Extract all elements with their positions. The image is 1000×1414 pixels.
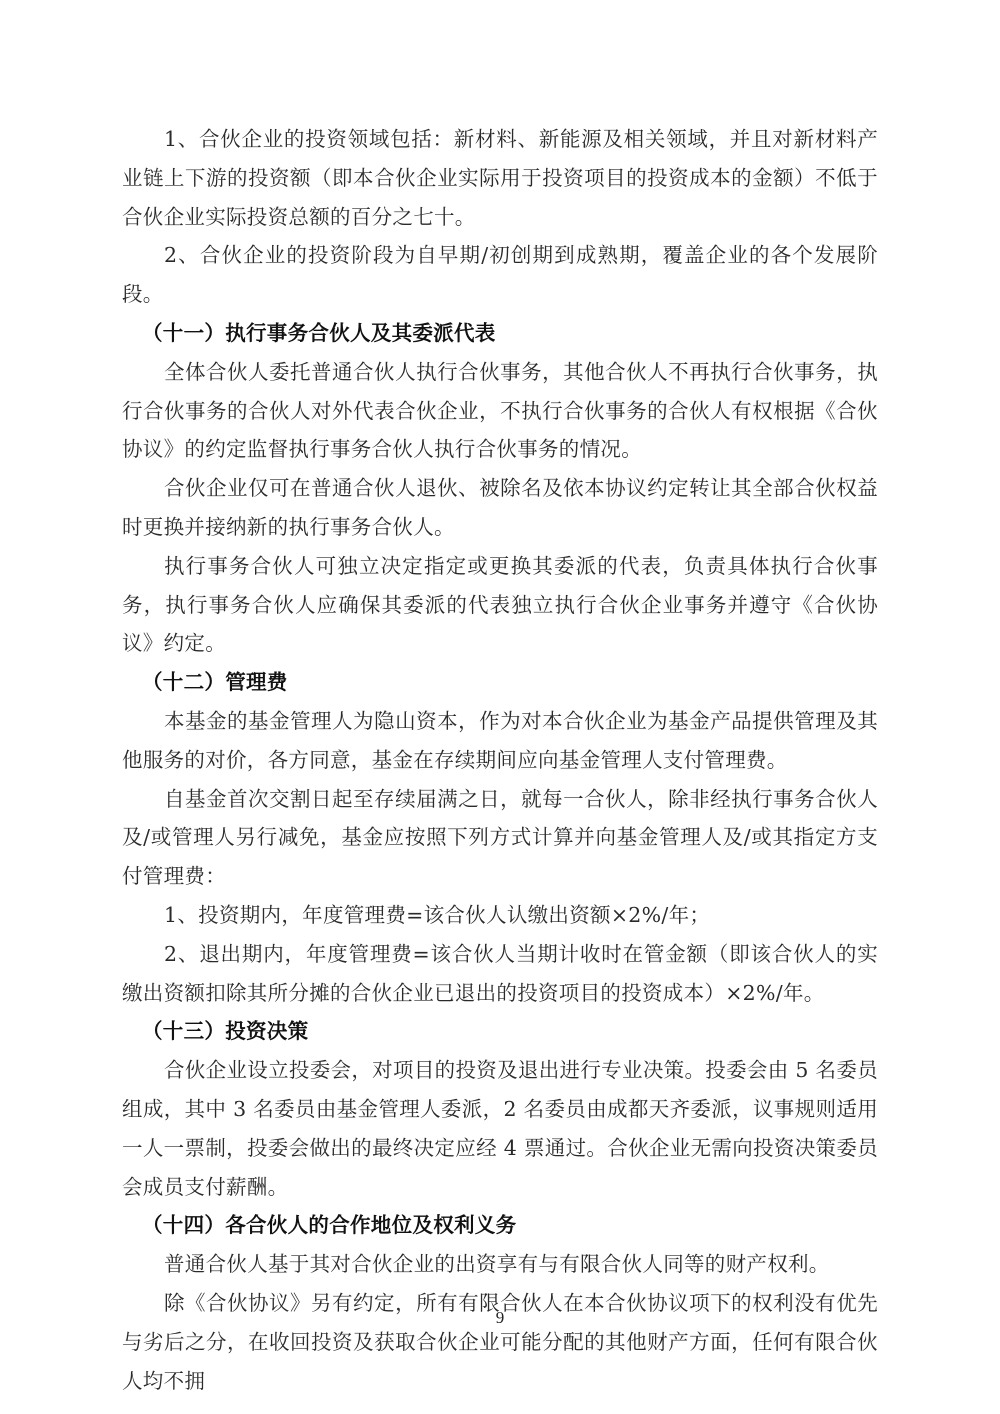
paragraph-replacement: 合伙企业仅可在普通合伙人退伙、被除名及依本协议约定转让其全部合伙权益时更换并接纳… [122, 469, 878, 547]
paragraph-investment-committee: 合伙企业设立投委会，对项目的投资及退出进行专业决策。投委会由 5 名委员组成，其… [122, 1051, 878, 1206]
paragraph-fee-calculation: 自基金首次交割日起至存续届满之日，就每一合伙人，除非经执行事务合伙人及/或管理人… [122, 780, 878, 896]
paragraph-investment-field: 1、合伙企业的投资领域包括：新材料、新能源及相关领域，并且对新材料产业链上下游的… [122, 120, 878, 236]
document-page: 1、合伙企业的投资领域包括：新材料、新能源及相关领域，并且对新材料产业链上下游的… [122, 120, 878, 1400]
paragraph-fee-investment-period: 1、投资期内，年度管理费=该合伙人认缴出资额×2%/年； [122, 896, 878, 935]
section-heading-12: （十二）管理费 [122, 663, 878, 702]
paragraph-fund-manager: 本基金的基金管理人为隐山资本，作为对本合伙企业为基金产品提供管理及其他服务的对价… [122, 702, 878, 780]
paragraph-representative: 执行事务合伙人可独立决定指定或更换其委派的代表，负责具体执行合伙事务，执行事务合… [122, 547, 878, 663]
paragraph-fee-exit-period: 2、退出期内，年度管理费=该合伙人当期计收时在管金额（即该合伙人的实缴出资额扣除… [122, 935, 878, 1013]
page-number: 9 [0, 1308, 1000, 1328]
paragraph-gp-rights: 普通合伙人基于其对合伙企业的出资享有与有限合伙人同等的财产权利。 [122, 1245, 878, 1284]
section-heading-13: （十三）投资决策 [122, 1012, 878, 1051]
paragraph-entrustment: 全体合伙人委托普通合伙人执行合伙事务，其他合伙人不再执行合伙事务，执行合伙事务的… [122, 353, 878, 469]
paragraph-lp-rights: 除《合伙协议》另有约定，所有有限合伙人在本合伙协议项下的权利没有优先与劣后之分，… [122, 1284, 878, 1400]
section-heading-11: （十一）执行事务合伙人及其委派代表 [122, 314, 878, 353]
paragraph-investment-stage: 2、合伙企业的投资阶段为自早期/初创期到成熟期，覆盖企业的各个发展阶段。 [122, 236, 878, 314]
section-heading-14: （十四）各合伙人的合作地位及权利义务 [122, 1206, 878, 1245]
